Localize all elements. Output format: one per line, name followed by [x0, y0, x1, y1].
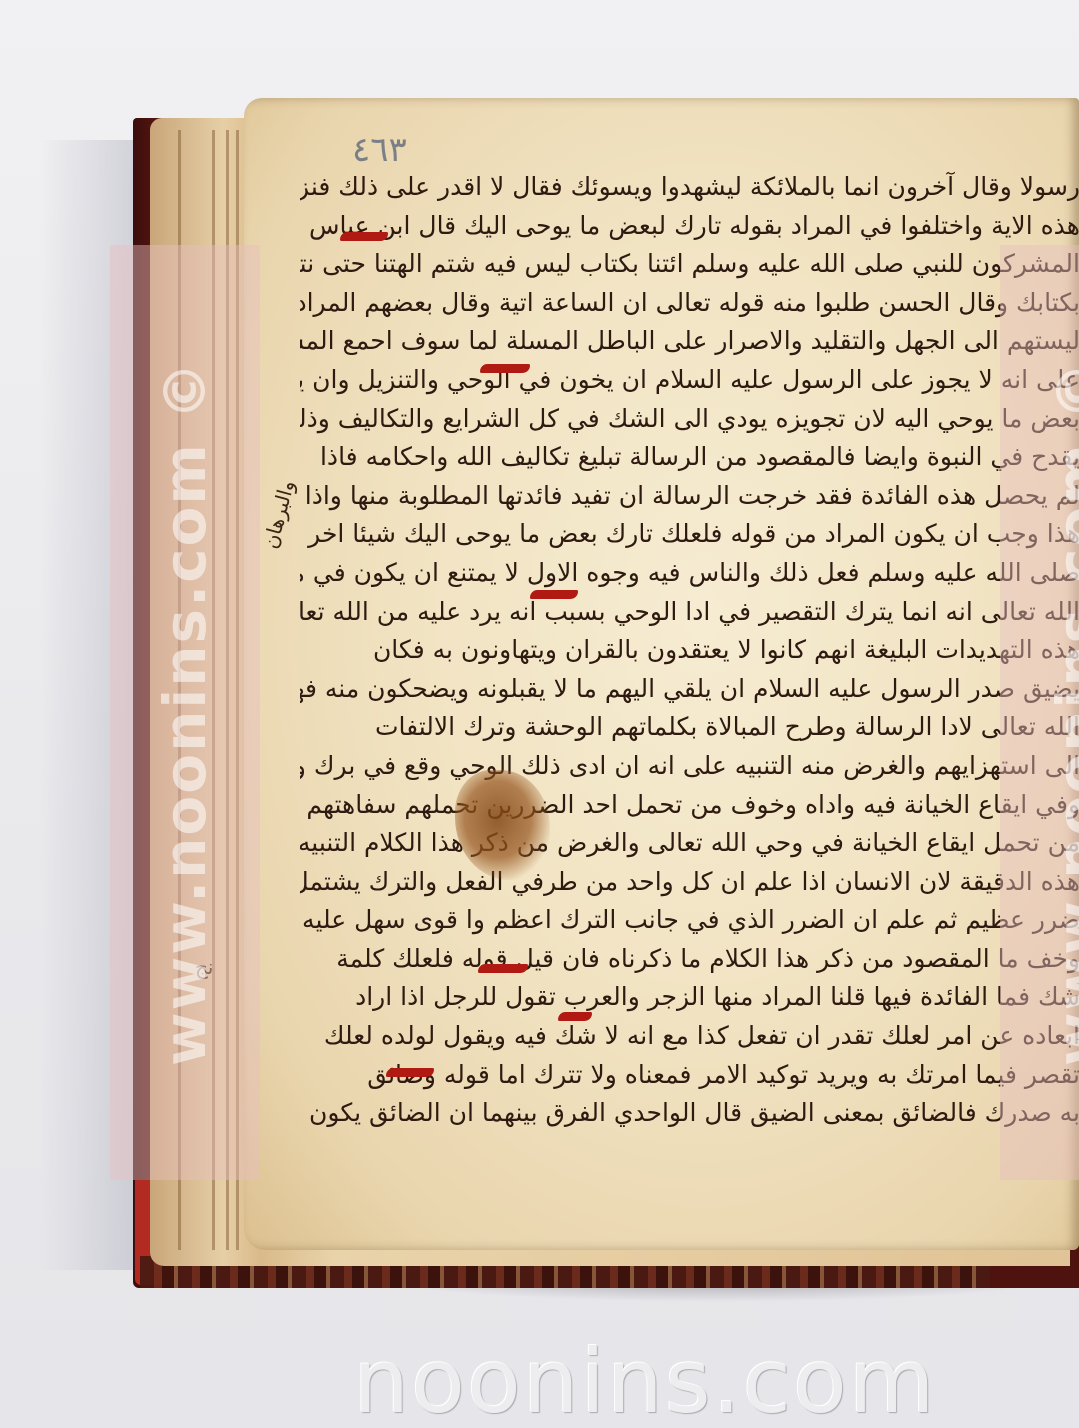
- watermark-left: www.noonins.com ©: [110, 245, 260, 1180]
- text-line: الى استهزايهم والغرض منه التنبيه على انه…: [300, 747, 1079, 786]
- text-line: بكتابك وقال الحسن طلبوا منه قوله تعالى ا…: [300, 284, 1079, 323]
- text-line: الله تعالى انه انما يترك التقصير في ادا …: [300, 593, 1079, 632]
- rubric-mark: [530, 590, 578, 599]
- text-line: يقدح في النبوة وايضا فالمقصود من الرسالة…: [300, 438, 1079, 477]
- text-line: هذه الاية واختلفوا في المراد بقوله تارك …: [300, 207, 1079, 246]
- text-line: ابعاده عن امر لعلك تقدر ان تفعل كذا مع ا…: [300, 1017, 1079, 1056]
- text-line: وخف ما المقصود من ذكر هذا الكلام ما ذكرن…: [300, 940, 1079, 979]
- text-line: يضيق صدر الرسول عليه السلام ان يلقي اليه…: [300, 670, 1079, 709]
- folio-number: ٤٦٣: [352, 130, 407, 170]
- manuscript-text: رسولا وقال آخرون انما بالملائكة ليشهدوا …: [300, 168, 1079, 1133]
- text-line: شك فما الفائدة فيها قلنا المراد منها الز…: [300, 978, 1079, 1017]
- rubric-mark: [480, 364, 530, 373]
- text-line: ضرر عظيم ثم علم ان الضرر الذي في جانب ال…: [300, 901, 1079, 940]
- text-line: على انه لا يجوز على الرسول عليه السلام ا…: [300, 361, 1079, 400]
- text-line: الله تعالى لادا الرسالة وطرح المبالاة بك…: [300, 708, 1079, 747]
- watermark-bottom: noonins.com: [335, 1330, 955, 1428]
- text-line: من تحمل ايقاع الخيانة في وحي الله تعالى …: [300, 824, 1079, 863]
- watermark-right: www.noonins.com ©: [1000, 245, 1079, 1180]
- text-line: رسولا وقال آخرون انما بالملائكة ليشهدوا …: [300, 168, 1079, 207]
- text-line: المشركون للنبي صلى الله عليه وسلم ائتنا …: [300, 245, 1079, 284]
- text-line: هذا وجب ان يكون المراد من قوله فلعلك تار…: [300, 515, 1079, 554]
- text-line: بعض ما يوحي اليه لان تجويزه يودي الى الش…: [300, 400, 1079, 439]
- text-line: صلى الله عليه وسلم فعل ذلك والناس فيه وج…: [300, 554, 1079, 593]
- rubric-mark: [340, 232, 388, 241]
- text-line: هذه الدقيقة لان الانسان اذا علم ان كل وا…: [300, 863, 1079, 902]
- rubric-mark: [558, 1012, 592, 1021]
- text-line: هذه التهديدات البليغة انهم كانوا لا يعتق…: [300, 631, 1079, 670]
- rubric-mark: [386, 1068, 434, 1077]
- text-line: به صدرك فالضائق بمعنى الضيق قال الواحدي …: [300, 1094, 1079, 1133]
- text-line: ليستهم الى الجهل والتقليد والاصرار على ا…: [300, 322, 1079, 361]
- text-line: وفي ايقاع الخيانة فيه واداه وخوف من تحمل…: [300, 786, 1079, 825]
- text-line: لم يحصل هذه الفائدة فقد خرجت الرسالة ان …: [300, 477, 1079, 516]
- rubric-mark: [478, 964, 528, 973]
